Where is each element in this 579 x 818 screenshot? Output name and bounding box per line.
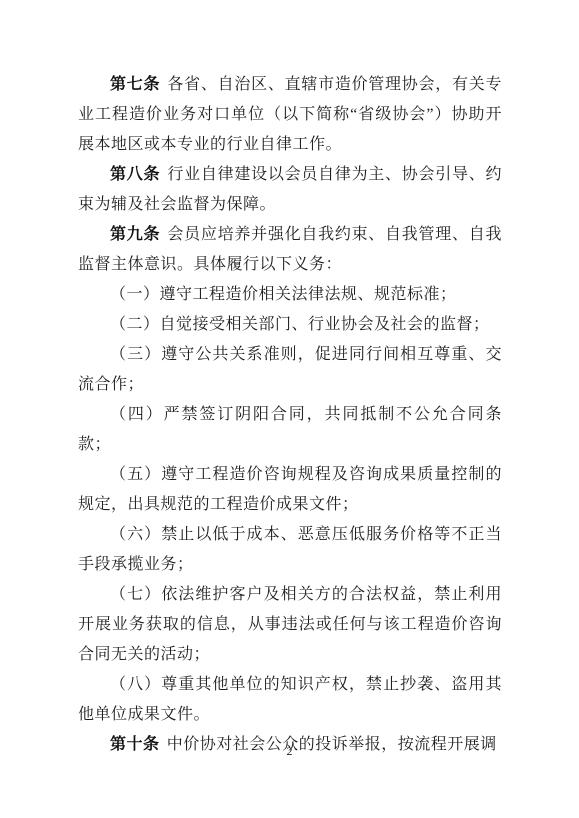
article-9-number: 第九条 <box>110 226 160 243</box>
item-1-text: （一）遵守工程造价相关法律法规、规范标准； <box>110 286 457 303</box>
paragraph-article-7: 第七条各省、自治区、直辖市造价管理协会，有关专业工程造价业务对口单位（以下简称“… <box>78 70 502 160</box>
paragraph-article-9: 第九条会员应培养并强化自我约束、自我管理、自我监督主体意识。具体履行以下义务： <box>78 220 502 280</box>
item-7-text: （七）依法维护客户及相关方的合法权益，禁止利用开展业务获取的信息，从事违法或任何… <box>78 586 502 663</box>
paragraph-item-8: （八）尊重其他单位的知识产权，禁止抄袭、盗用其他单位成果文件。 <box>78 670 502 730</box>
item-2-text: （二）自觉接受相关部门、行业协会及社会的监督； <box>110 316 490 333</box>
paragraph-item-6: （六）禁止以低于成本、恶意压低服务价格等不正当手段承揽业务； <box>78 520 502 580</box>
document-page: 第七条各省、自治区、直辖市造价管理协会，有关专业工程造价业务对口单位（以下简称“… <box>0 0 579 818</box>
paragraph-item-3: （三）遵守公共关系准则，促进同行间相互尊重、交流合作； <box>78 340 502 400</box>
item-3-text: （三）遵守公共关系准则，促进同行间相互尊重、交流合作； <box>78 346 502 393</box>
paragraph-item-4: （四）严禁签订阴阳合同，共同抵制不公允合同条款； <box>78 400 502 460</box>
item-6-text: （六）禁止以低于成本、恶意压低服务价格等不正当手段承揽业务； <box>78 526 502 573</box>
paragraph-item-1: （一）遵守工程造价相关法律法规、规范标准； <box>78 280 502 310</box>
page-number: 2 <box>0 744 579 759</box>
article-7-number: 第七条 <box>110 76 160 93</box>
item-8-text: （八）尊重其他单位的知识产权，禁止抄袭、盗用其他单位成果文件。 <box>78 676 502 723</box>
item-4-text: （四）严禁签订阴阳合同，共同抵制不公允合同条款； <box>78 406 502 453</box>
paragraph-article-8: 第八条行业自律建设以会员自律为主、协会引导、约束为辅及社会监督为保障。 <box>78 160 502 220</box>
document-body: 第七条各省、自治区、直辖市造价管理协会，有关专业工程造价业务对口单位（以下简称“… <box>78 70 502 760</box>
paragraph-item-5: （五）遵守工程造价咨询规程及咨询成果质量控制的规定，出具规范的工程造价成果文件； <box>78 460 502 520</box>
paragraph-item-2: （二）自觉接受相关部门、行业协会及社会的监督； <box>78 310 502 340</box>
article-8-number: 第八条 <box>110 166 160 183</box>
paragraph-item-7: （七）依法维护客户及相关方的合法权益，禁止利用开展业务获取的信息，从事违法或任何… <box>78 580 502 670</box>
item-5-text: （五）遵守工程造价咨询规程及咨询成果质量控制的规定，出具规范的工程造价成果文件； <box>78 466 502 513</box>
